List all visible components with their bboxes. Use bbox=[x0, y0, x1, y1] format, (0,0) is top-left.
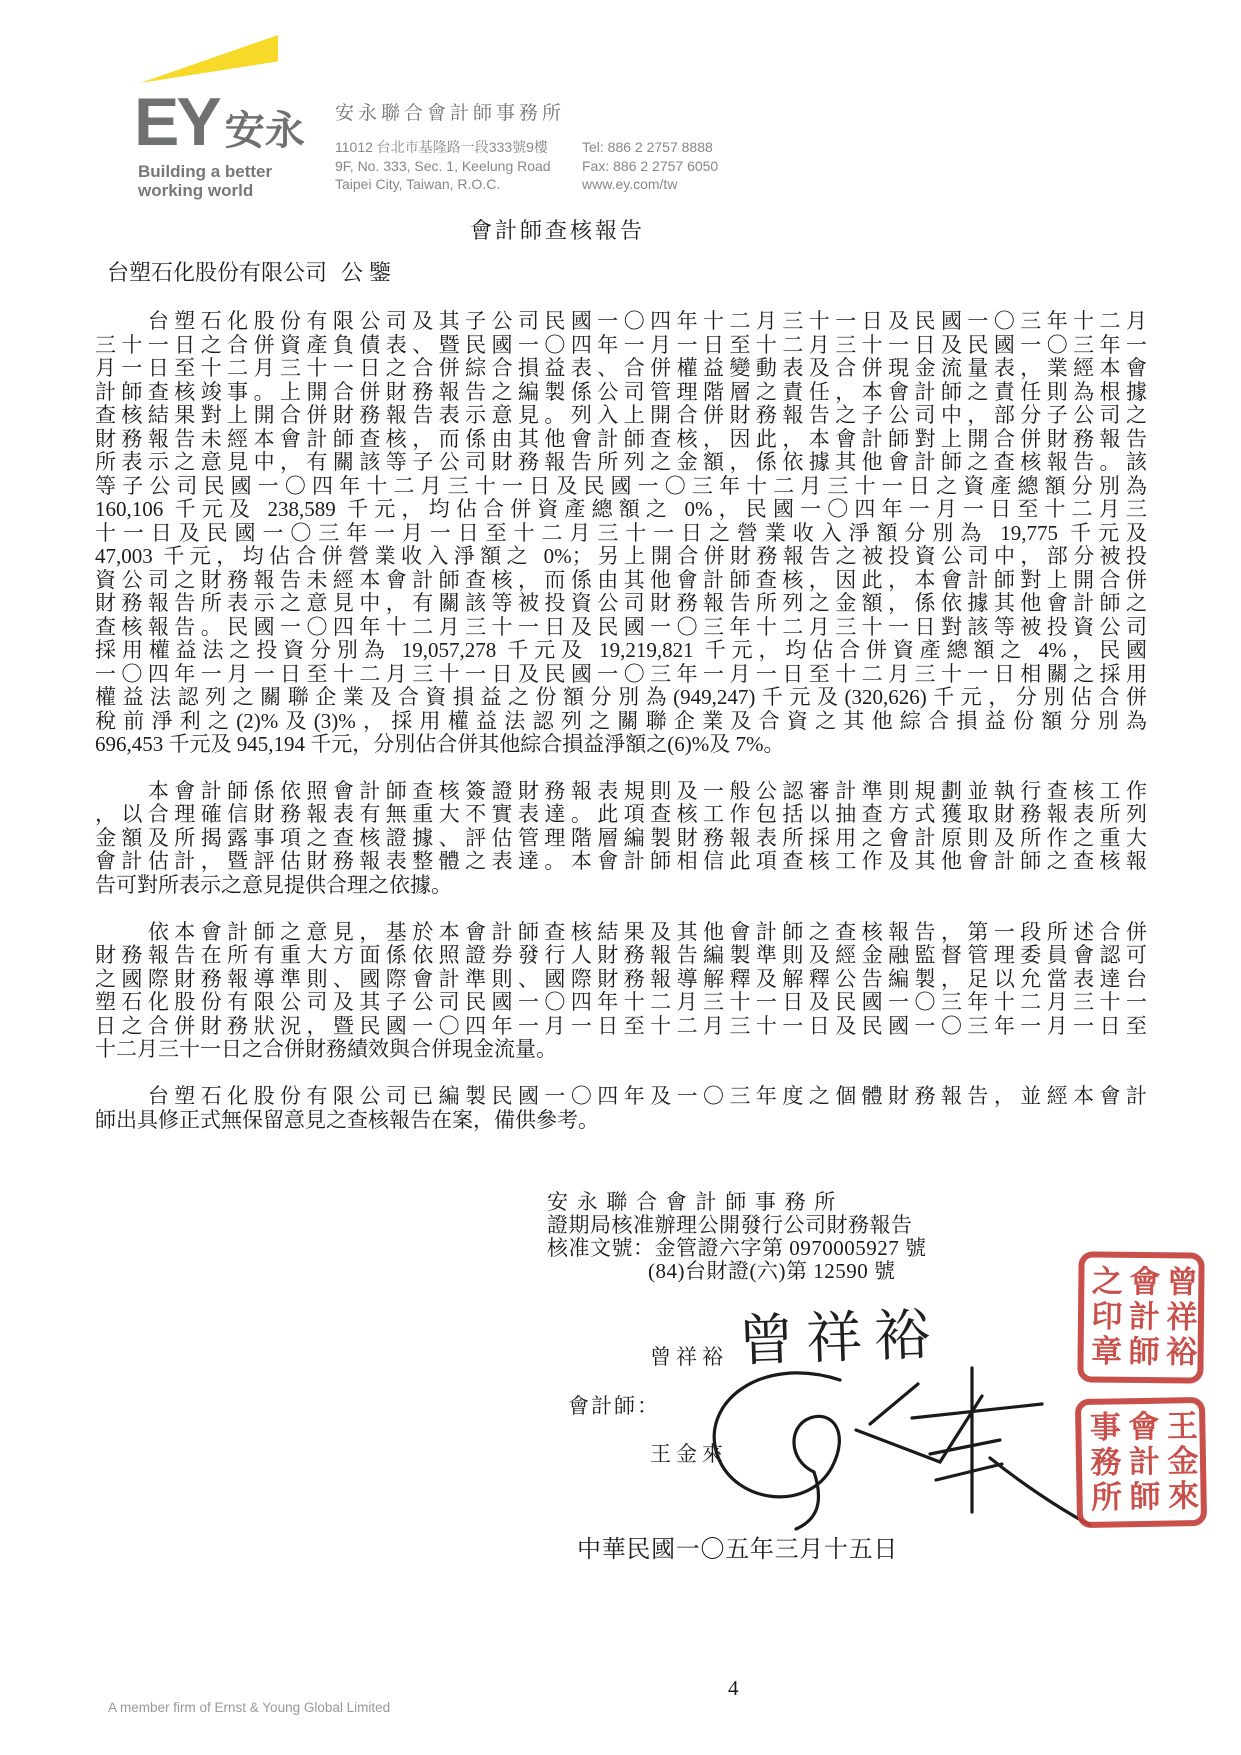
body-line: 資公司之財務報告未經本會計師查核，而係由其他會計師查核，因此，本會計師對上開合併 bbox=[95, 569, 1147, 593]
body-line: 十一日及民國一〇三年一月一日至十二月三十一日之營業收入淨額分別為 19,775 … bbox=[95, 522, 1147, 546]
document-page: EY 安永 Building a better working world 安永… bbox=[0, 0, 1241, 1755]
ey-tagline: Building a better working world bbox=[138, 162, 272, 200]
body-line: 權益法認列之關聯企業及合資損益之份額分別為(949,247)千元及(320,62… bbox=[95, 686, 1147, 710]
body-line: 月一日至十二月三十一日之合併綜合損益表、合併權益變動表及合併現金流量表，業經本會 bbox=[95, 357, 1147, 381]
body-line: 一〇四年一月一日至十二月三十一日及民國一〇三年一月一日至十二月三十一日相關之採用 bbox=[95, 663, 1147, 687]
body-line: 之國際財務報導準則、國際會計準則、國際財務報導解釋及解釋公告編製，足以允當表達台 bbox=[95, 968, 1147, 992]
firm-name: 安永聯合會計師事務所 bbox=[335, 98, 565, 125]
body-line: 塑石化股份有限公司及其子公司民國一〇四年十二月三十一日及民國一〇三年十二月三十一 bbox=[95, 991, 1147, 1015]
report-body: 台塑石化股份有限公司及其子公司民國一〇四年十二月三十一日及民國一〇三年十二月三十… bbox=[95, 310, 1147, 1156]
address-line: 11012 台北市基隆路一段333號9樓 bbox=[335, 138, 551, 157]
member-firm-note: A member firm of Ernst & Young Global Li… bbox=[108, 1700, 390, 1715]
cpa2-handwritten-signature bbox=[690, 1362, 1100, 1532]
body-line: 採用權益法之投資分別為 19,057,278 千元及 19,219,821 千元… bbox=[95, 639, 1147, 663]
seal-column: 曾祥裕 bbox=[1160, 1258, 1197, 1377]
paragraph-scope: 台塑石化股份有限公司及其子公司民國一〇四年十二月三十一日及民國一〇三年十二月三十… bbox=[95, 310, 1147, 757]
paragraph-opinion: 依本會計師之意見，基於本會計師查核結果及其他會計師之查核報告，第一段所述合併財務… bbox=[95, 921, 1147, 1062]
body-line: 告可對所表示之意見提供合理之依據。 bbox=[95, 874, 1147, 898]
cpa-label: 會計師： bbox=[568, 1390, 660, 1420]
closing-approval-line3: (84)台財證(六)第 12590 號 bbox=[648, 1255, 895, 1285]
seal-column: 之印章 bbox=[1085, 1257, 1122, 1376]
body-line: 本會計師係依照會計師查核簽證財務報表規則及一般公認審計準則規劃並執行查核工作 bbox=[95, 780, 1147, 804]
body-line: 會計估計，暨評估財務報表整體之表達。本會計師相信此項查核工作及其他會計師之查核報 bbox=[95, 850, 1147, 874]
body-line: 計師查核竣事。上開合併財務報告之編製係公司管理階層之責任，本會計師之責任則為根據 bbox=[95, 381, 1147, 405]
body-line: 查核結果對上開合併財務報告表示意見。列入上開合併財務報告之子公司中，部分子公司之 bbox=[95, 404, 1147, 428]
ey-tagline-line2: working world bbox=[138, 181, 272, 200]
page-number: 4 bbox=[728, 1676, 739, 1701]
body-line: 金額及所揭露事項之查核證據、評估管理階層編製財務報表所採用之會計原則及所作之重大 bbox=[95, 827, 1147, 851]
body-line: 等子公司民國一〇四年十二月三十一日及民國一〇三年十二月三十一日之資產總額分別為 bbox=[95, 475, 1147, 499]
contact-line: Fax: 886 2 2757 6050 bbox=[582, 157, 718, 176]
seal-column: 會計師 bbox=[1122, 1258, 1159, 1377]
address-line: 9F, No. 333, Sec. 1, Keelung Road bbox=[335, 157, 551, 176]
body-line: 財務報告在所有重大方面係依照證券發行人財務報告編製準則及經金融監督管理委員會認可 bbox=[95, 944, 1147, 968]
ey-tagline-line1: Building a better bbox=[138, 162, 272, 181]
paragraph-other-matter: 台塑石化股份有限公司已編製民國一〇四年及一〇三年度之個體財務報告，並經本會計師出… bbox=[95, 1085, 1147, 1132]
body-line: 所表示之意見中，有關該等子公司財務報告所列之金額，係依據其他會計師之查核報告。該 bbox=[95, 451, 1147, 475]
report-date: 中華民國一〇五年三月十五日 bbox=[577, 1529, 898, 1564]
contact-line: www.ey.com/tw bbox=[582, 175, 718, 194]
body-line: 財務報告所表示之意見中，有關該等被投資公司財務報告所列之金額，係依據其他會計師之 bbox=[95, 592, 1147, 616]
body-line: 696,453 千元及 945,194 千元，分別佔合併其他綜合損益淨額之(6)… bbox=[95, 733, 1147, 757]
red-seal-cpa1: 曾祥裕會計師之印章 bbox=[1077, 1251, 1204, 1383]
body-line: 47,003 千元，均佔合併營業收入淨額之 0%；另上開合併財務報告之被投資公司… bbox=[95, 545, 1147, 569]
body-line: 十二月三十一日之合併財務績效與合併現金流量。 bbox=[95, 1038, 1147, 1062]
ey-beam-icon bbox=[140, 35, 278, 83]
firm-contact: Tel: 886 2 2757 8888Fax: 886 2 2757 6050… bbox=[582, 138, 718, 194]
report-title: 會計師查核報告 bbox=[470, 214, 645, 245]
contact-line: Tel: 886 2 2757 8888 bbox=[582, 138, 718, 157]
firm-address: 11012 台北市基隆路一段333號9樓9F, No. 333, Sec. 1,… bbox=[335, 138, 551, 194]
addressee-company: 台塑石化股份有限公司 bbox=[107, 260, 327, 285]
body-line: 台塑石化股份有限公司及其子公司民國一〇四年十二月三十一日及民國一〇三年十二月 bbox=[95, 310, 1147, 334]
body-line: 師出具修正式無保留意見之查核報告在案，備供參考。 bbox=[95, 1109, 1147, 1133]
body-line: 160,106 千元及 238,589 千元，均佔合併資產總額之 0%，民國一〇… bbox=[95, 498, 1147, 522]
seal-column: 會計師 bbox=[1122, 1404, 1160, 1522]
body-line: 稅前淨利之(2)%及(3)%，採用權益法認列之關聯企業及合資之其他綜合損益份額分… bbox=[95, 710, 1147, 734]
ey-logo-latin: EY bbox=[134, 92, 219, 152]
body-line: 依本會計師之意見，基於本會計師查核結果及其他會計師之查核報告，第一段所述合併 bbox=[95, 921, 1147, 945]
addressee-salutation: 公鑒 bbox=[341, 260, 397, 285]
seal-column: 事務所 bbox=[1083, 1404, 1121, 1522]
red-seal-cpa2: 王金來會計師事務所 bbox=[1075, 1397, 1207, 1528]
address-line: Taipei City, Taiwan, R.O.C. bbox=[335, 175, 551, 194]
addressee-line: 台塑石化股份有限公司公鑒 bbox=[107, 256, 397, 287]
body-line: 財務報告未經本會計師查核，而係由其他會計師查核，因此，本會計師對上開合併財務報告 bbox=[95, 428, 1147, 452]
ey-logo-chinese: 安永 bbox=[225, 110, 305, 152]
body-line: ，以合理確信財務報表有無重大不實表達。此項查核工作包括以抽查方式獲取財務報表所列 bbox=[95, 803, 1147, 827]
ey-logo: EY 安永 bbox=[134, 92, 305, 152]
body-line: 三十一日之合併資產負債表、暨民國一〇四年一月一日至十二月三十一日及民國一〇三年一 bbox=[95, 334, 1147, 358]
seal-column: 王金來 bbox=[1160, 1403, 1198, 1521]
body-line: 日之合併財務狀況，暨民國一〇四年一月一日至十二月三十一日及民國一〇三年一月一日至 bbox=[95, 1015, 1147, 1039]
paragraph-audit-scope: 本會計師係依照會計師查核簽證財務報表規則及一般公認審計準則規劃並執行查核工作，以… bbox=[95, 780, 1147, 898]
body-line: 查核報告。民國一〇四年十二月三十一日及民國一〇三年十二月三十一日對該等被投資公司 bbox=[95, 616, 1147, 640]
body-line: 台塑石化股份有限公司已編製民國一〇四年及一〇三年度之個體財務報告，並經本會計 bbox=[95, 1085, 1147, 1109]
